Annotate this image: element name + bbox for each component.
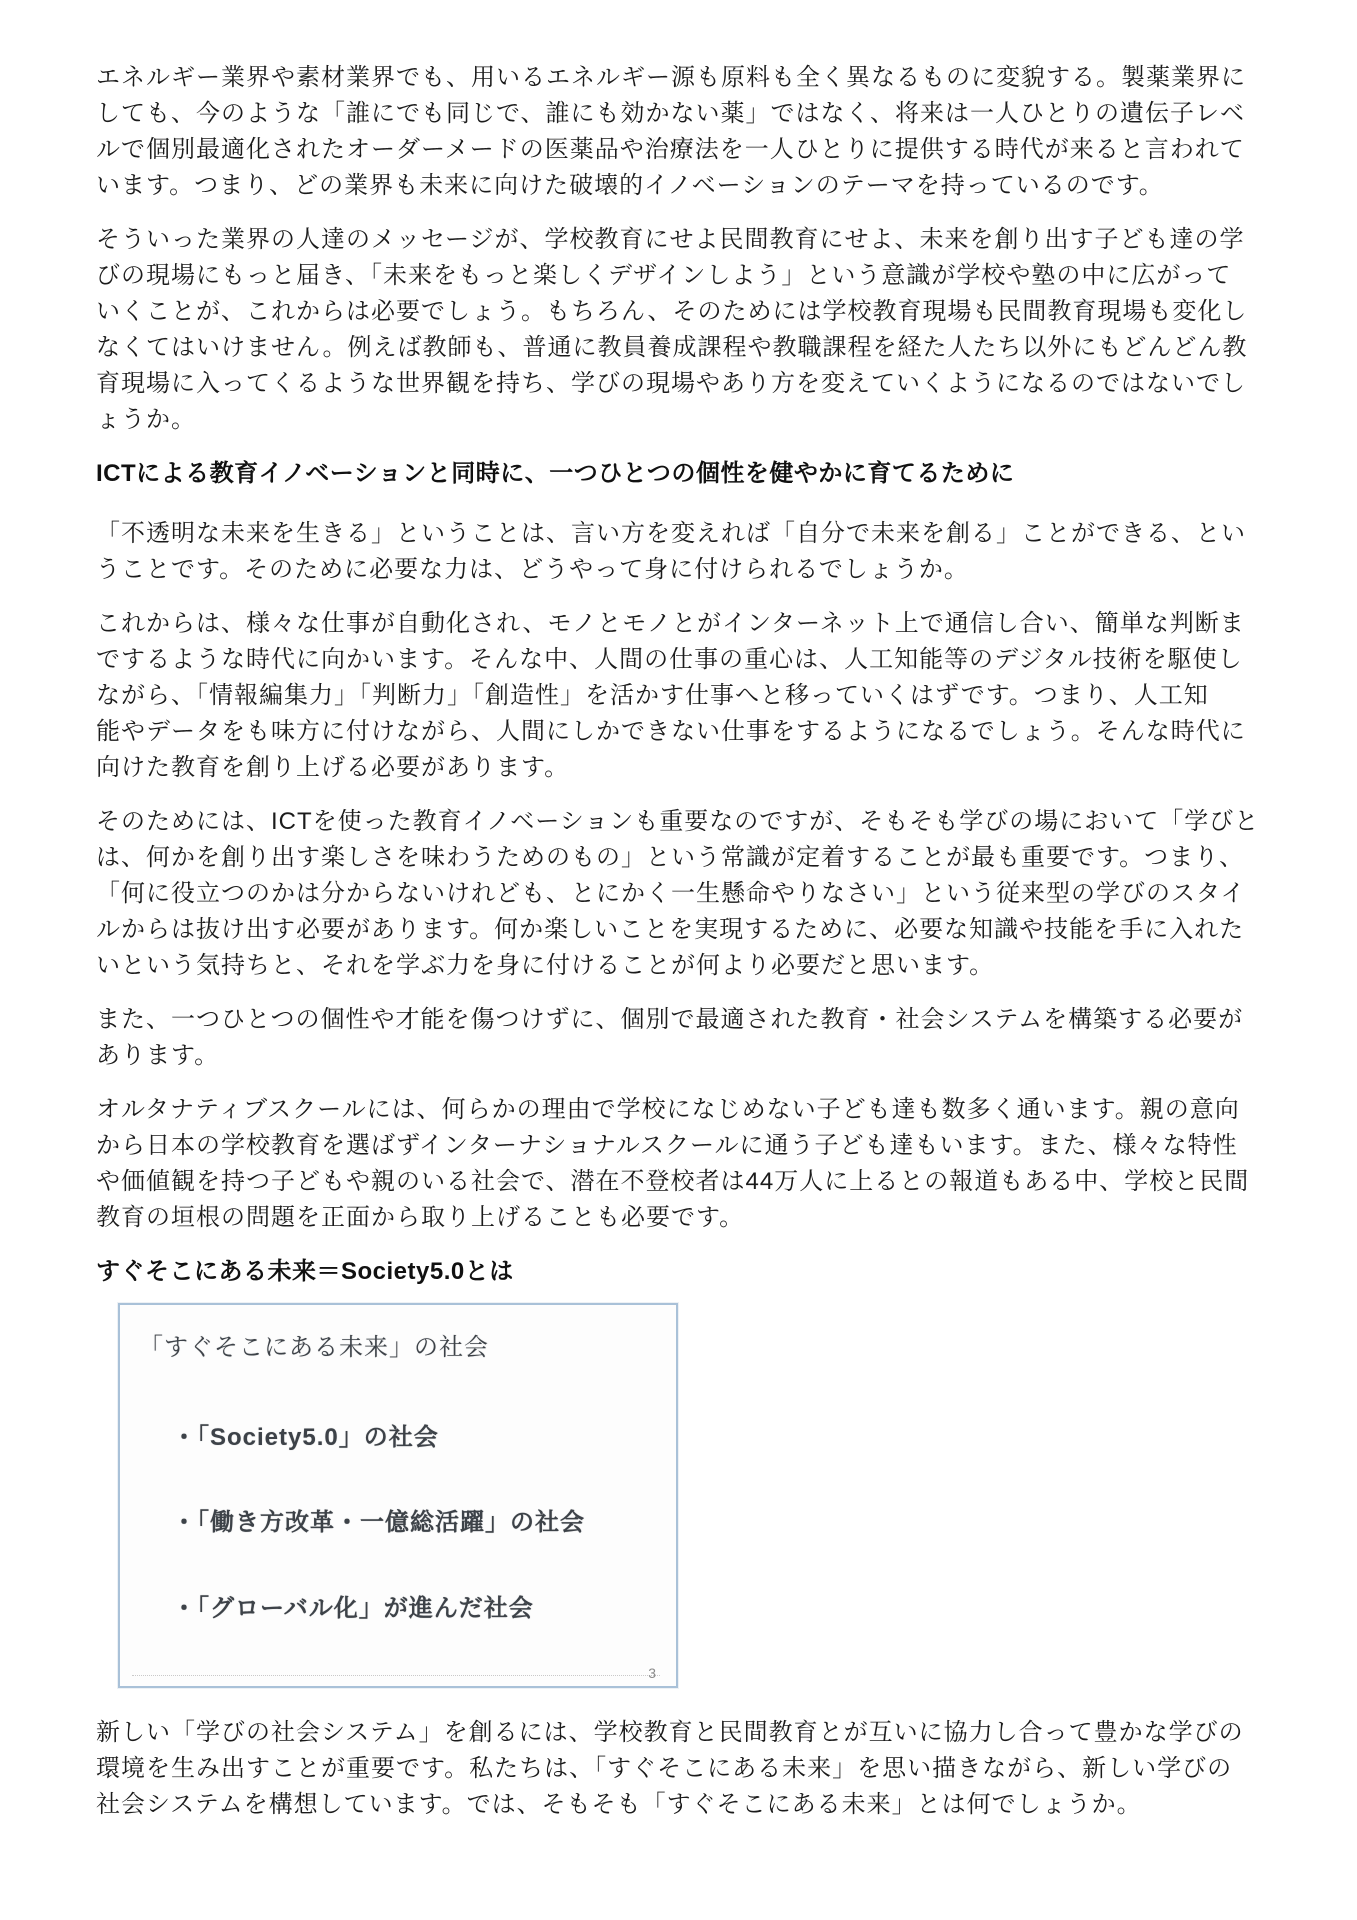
slide-title: 「すぐそこにある未来」の社会 xyxy=(139,1327,489,1362)
slide-footer-divider xyxy=(132,1675,660,1676)
document-page: エネルギー業界や素材業界でも、用いるエネルギー源も原料も全く異なるものに変貌する… xyxy=(0,0,1357,1920)
slide-page-number: 3 xyxy=(648,1665,656,1681)
slide-bullet-globalization: ・「グローバル化」が進んだ社会 xyxy=(172,1588,534,1623)
slide-bullet-workstyle-reform: ・「働き方改革・一億総活躍」の社会 xyxy=(172,1502,585,1537)
slide-image-society5: 「すぐそこにある未来」の社会 ・「Society5.0」の社会 ・「働き方改革・… xyxy=(118,1303,678,1688)
paragraph-automation-era: これからは、様々な仕事が自動化され、モノとモノとがインターネット上で通信し合い、… xyxy=(96,606,1276,786)
paragraph-industry-message: そういった業界の人達のメッセージが、学校教育にせよ民間教育にせよ、未来を創り出す… xyxy=(96,222,1276,438)
paragraph-opaque-future: 「不透明な未来を生きる」ということは、言い方を変えれば「自分で未来を創る」ことが… xyxy=(96,516,1276,588)
section-heading-society5: すぐそこにある未来＝Society5.0とは xyxy=(96,1254,1276,1290)
paragraph-learning-joy: そのためには、ICTを使った教育イノベーションも重要なのですが、そもそも学びの場… xyxy=(96,804,1276,984)
paragraph-alternative-schools: オルタナティブスクールには、何らかの理由で学校になじめない子ども達も数多く通いま… xyxy=(96,1092,1276,1236)
paragraph-new-learning-system: 新しい「学びの社会システム」を創るには、学校教育と民間教育とが互いに協力し合って… xyxy=(96,1715,1276,1823)
paragraph-industry-innovation: エネルギー業界や素材業界でも、用いるエネルギー源も原料も全く異なるものに変貌する… xyxy=(96,60,1276,204)
paragraph-individual-optimization: また、一つひとつの個性や才能を傷つけずに、個別で最適された教育・社会システムを構… xyxy=(96,1002,1276,1074)
section-heading-ict-innovation: ICTによる教育イノベーションと同時に、一つひとつの個性を健やかに育てるために xyxy=(96,456,1276,492)
slide-bullet-society5: ・「Society5.0」の社会 xyxy=(172,1417,439,1452)
